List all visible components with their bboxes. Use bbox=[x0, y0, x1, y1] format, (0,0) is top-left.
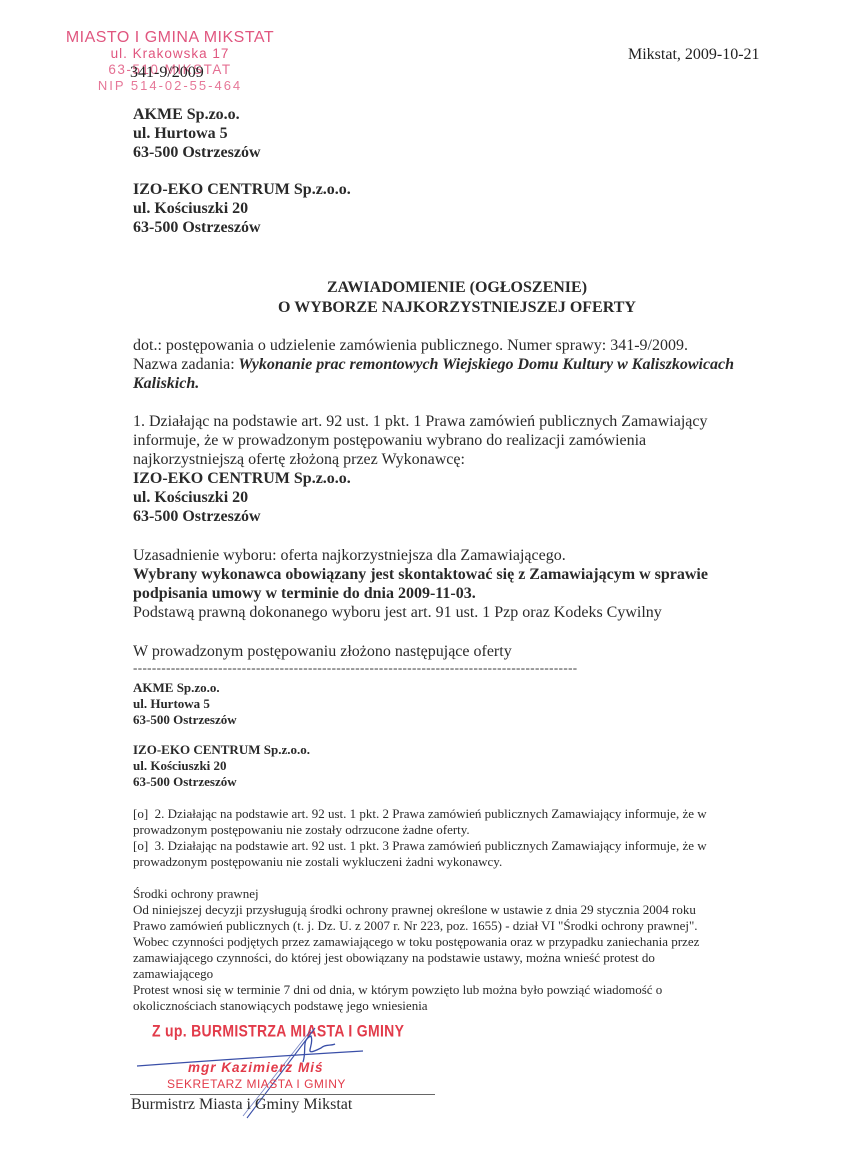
recipient-2-street: ul. Kościuszki 20 bbox=[133, 199, 351, 218]
offer-1-street: ul. Hurtowa 5 bbox=[133, 696, 237, 712]
section-1-line-1: 1. Działając na podstawie art. 92 ust. 1… bbox=[133, 412, 707, 431]
legal-remedies: Środki ochrony prawnej Od niniejszej dec… bbox=[133, 886, 699, 1014]
recipient-1-city: 63-500 Ostrzeszów bbox=[133, 143, 261, 162]
point-3-marker: [o] bbox=[133, 838, 148, 853]
recipient-2-name: IZO-EKO CENTRUM Sp.z.o.o. bbox=[133, 180, 351, 199]
subject-dot: dot.: postępowania o udzielenie zamówien… bbox=[133, 336, 734, 355]
justification-line: Uzasadnienie wyboru: oferta najkorzystni… bbox=[133, 546, 708, 565]
section-1-line-3: najkorzystniejszą ofertę złożoną przez W… bbox=[133, 450, 707, 469]
contact-notice-1: Wybrany wykonawca obowiązany jest skonta… bbox=[133, 565, 708, 584]
legal-remedies-line-5: zamawiającego bbox=[133, 966, 699, 982]
case-number: 341-9/2009 bbox=[130, 64, 204, 82]
signatory: Burmistrz Miasta i Gminy Mikstat bbox=[131, 1095, 352, 1114]
task-label: Nazwa zadania: bbox=[133, 356, 235, 373]
signer-role: SEKRETARZ MIASTA I GMINY bbox=[167, 1077, 346, 1091]
signer-name: mgr Kazimierz Miś bbox=[188, 1060, 324, 1075]
winner-name: IZO-EKO CENTRUM Sp.z.o.o. bbox=[133, 469, 707, 488]
legal-remedies-line-1: Od niniejszej decyzji przysługują środki… bbox=[133, 902, 699, 918]
legal-remedies-line-4: zamawiającego czynności, do której jest … bbox=[133, 950, 699, 966]
legal-remedies-line-3: Wobec czynności podjętych przez zamawiaj… bbox=[133, 934, 699, 950]
legal-remedies-line-6: Protest wnosi się w terminie 7 dni od dn… bbox=[133, 982, 699, 998]
point-2-line-2: prowadzonym postępowaniu nie zostały odr… bbox=[133, 822, 707, 838]
winner-city: 63-500 Ostrzeszów bbox=[133, 507, 707, 526]
offer-1-name: AKME Sp.zo.o. bbox=[133, 680, 237, 696]
offer-2-street: ul. Kościuszki 20 bbox=[133, 758, 310, 774]
point-2-line-1: 2. Działając na podstawie art. 92 ust. 1… bbox=[155, 806, 707, 821]
legal-remedies-heading: Środki ochrony prawnej bbox=[133, 886, 699, 902]
recipient-1-name: AKME Sp.zo.o. bbox=[133, 105, 261, 124]
task-name-cont: Kaliskich. bbox=[133, 374, 734, 393]
stamp-line-2: ul. Krakowska 17 bbox=[60, 46, 280, 62]
point-3: [o] 3. Działając na podstawie art. 92 us… bbox=[133, 838, 707, 870]
legal-remedies-line-2: Prawo zamówień publicznych (t. j. Dz. U.… bbox=[133, 918, 699, 934]
section-1-line-2: informuje, że w prowadzonym postępowaniu… bbox=[133, 431, 707, 450]
recipient-1-street: ul. Hurtowa 5 bbox=[133, 124, 261, 143]
place-date: Mikstat, 2009-10-21 bbox=[628, 46, 760, 64]
point-3-line-2: prowadzonym postępowaniu nie zostali wyk… bbox=[133, 854, 707, 870]
offer-2: IZO-EKO CENTRUM Sp.z.o.o. ul. Kościuszki… bbox=[133, 742, 310, 790]
offer-1: AKME Sp.zo.o. ul. Hurtowa 5 63-500 Ostrz… bbox=[133, 680, 237, 728]
point-2: [o] 2. Działając na podstawie art. 92 us… bbox=[133, 806, 707, 838]
recipient-2-city: 63-500 Ostrzeszów bbox=[133, 218, 351, 237]
municipal-stamp: MIASTO I GMINA MIKSTAT ul. Krakowska 17 … bbox=[60, 30, 280, 94]
point-3-line-1: 3. Działając na podstawie art. 92 ust. 1… bbox=[155, 838, 707, 853]
stamp-line-1: MIASTO I GMINA MIKSTAT bbox=[60, 30, 280, 46]
justification: Uzasadnienie wyboru: oferta najkorzystni… bbox=[133, 546, 708, 622]
contact-notice-2: podpisania umowy w terminie do dnia 2009… bbox=[133, 584, 708, 603]
recipient-1: AKME Sp.zo.o. ul. Hurtowa 5 63-500 Ostrz… bbox=[133, 105, 261, 162]
offer-2-name: IZO-EKO CENTRUM Sp.z.o.o. bbox=[133, 742, 310, 758]
offers-heading: W prowadzonym postępowaniu złożono nastę… bbox=[133, 642, 512, 661]
title-line-2: O WYBORZE NAJKORZYSTNIEJSZEJ OFERTY bbox=[197, 298, 717, 318]
legal-basis: Podstawą prawną dokonanego wyboru jest a… bbox=[133, 603, 708, 622]
offer-1-city: 63-500 Ostrzeszów bbox=[133, 712, 237, 728]
separator: ----------------------------------------… bbox=[133, 660, 578, 676]
point-2-marker: [o] bbox=[133, 806, 148, 821]
document-title: ZAWIADOMIENIE (OGŁOSZENIE) O WYBORZE NAJ… bbox=[197, 278, 717, 318]
title-line-1: ZAWIADOMIENIE (OGŁOSZENIE) bbox=[197, 278, 717, 298]
subject-block: dot.: postępowania o udzielenie zamówien… bbox=[133, 336, 734, 393]
section-1: 1. Działając na podstawie art. 92 ust. 1… bbox=[133, 412, 707, 526]
offer-2-city: 63-500 Ostrzeszów bbox=[133, 774, 310, 790]
task-name-line: Nazwa zadania: Wykonanie prac remontowyc… bbox=[133, 355, 734, 374]
recipient-2: IZO-EKO CENTRUM Sp.z.o.o. ul. Kościuszki… bbox=[133, 180, 351, 237]
winner-street: ul. Kościuszki 20 bbox=[133, 488, 707, 507]
task-name: Wykonanie prac remontowych Wiejskiego Do… bbox=[235, 356, 734, 373]
